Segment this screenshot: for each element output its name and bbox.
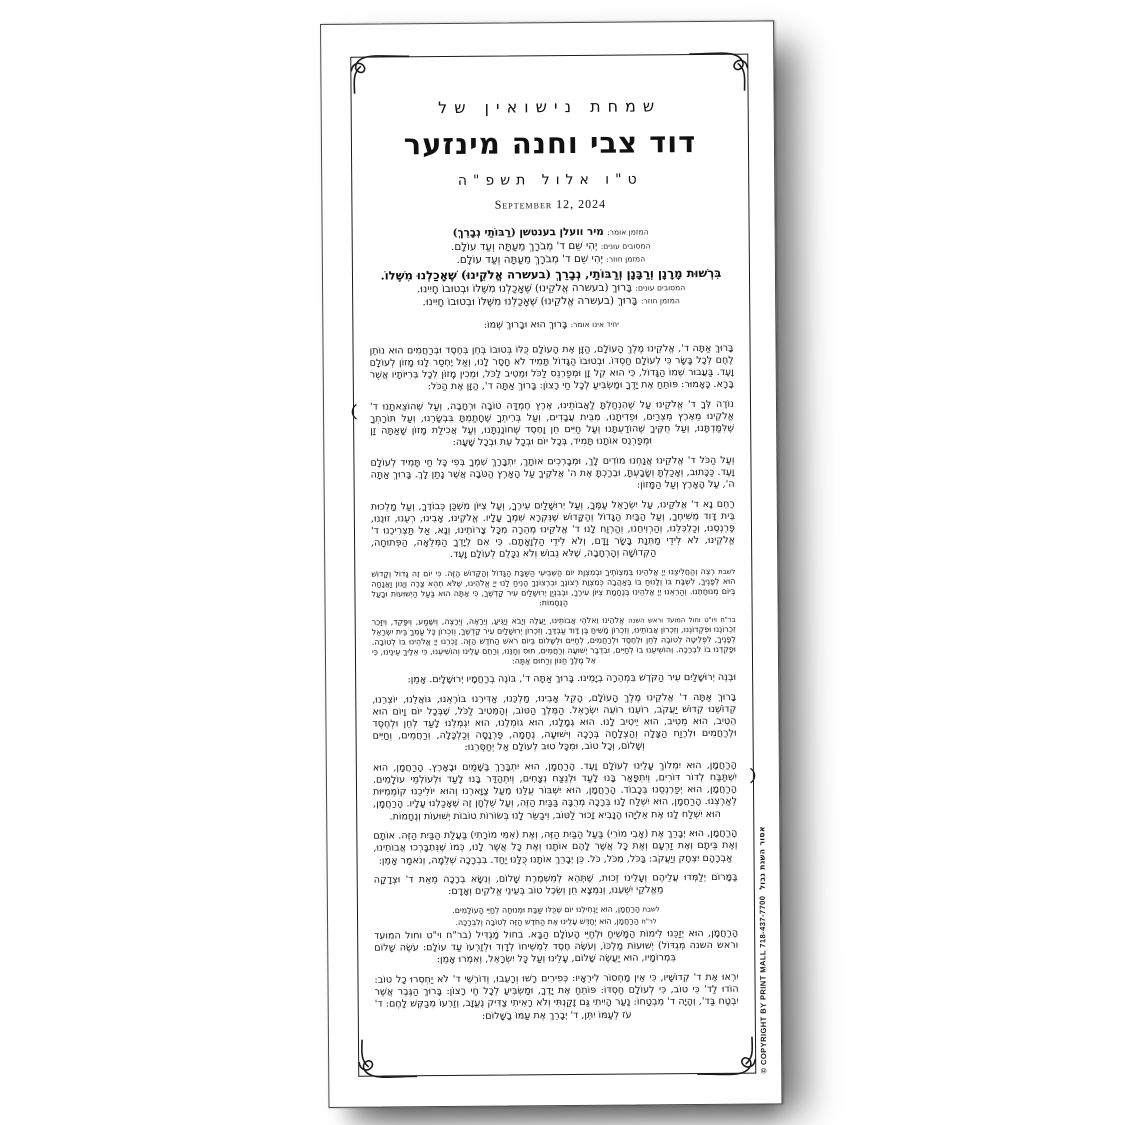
paragraph-text: בָּרוּךְ אַתָּה ד', אֱלֹקֵינוּ מֶלֶךְ הָ… <box>370 342 734 392</box>
occasion-title: שמחת נישואין של <box>368 96 732 118</box>
zimun-section: המזמן אומר: מיר וועלן בענטשן (רַבּוֹתַי … <box>369 225 734 333</box>
shabbat-insert-paragraph: לשבת רְצֵה וְהַחֲלִיצֵנוּ יְיָ אֱלֹהֵינו… <box>371 567 735 610</box>
bencher-card: שמחת נישואין של דוד צבי וחנה מינזער ט"ו … <box>320 20 782 1108</box>
paragraph-text: רַחֵם נָא ד' אֱלֹקֵינוּ, עַל יִשְׂרָאֵל … <box>371 499 735 561</box>
occasion-label: בר"ח ויו"ט וחול המועד וראש השנה <box>628 615 736 624</box>
zimun-line: המזמן חוזר: בָּרוּךְ (בעשרה אֱלֹקֵינוּ) … <box>369 294 733 310</box>
blessing-paragraph: רַחֵם נָא ד' אֱלֹקֵינוּ, עַל יִשְׂרָאֵל … <box>371 499 735 563</box>
hebrew-date: ט"ו אלול תשפ"ה <box>368 171 732 190</box>
speaker-label: המסובים עונים: <box>601 241 651 250</box>
paragraph-text: הָרַחֲמָן, הוּא יְחַדֵּשׁ עָלֵינוּ אֶת ה… <box>455 917 639 927</box>
paragraph-text: הָרַחֲמָן, הוּא יִמְלוֹךְ עָלֵינוּ לְעוֹ… <box>373 760 737 822</box>
blessing-paragraph: וְעַל הַכֹּל ד' אֱלֹקֵינוּ אֲנַחְנוּ מוֹ… <box>370 455 734 494</box>
paragraph-text: הָרַחֲמָן, הוּא יְבָרֵךְ אֶת (אָבִי מוֹר… <box>373 828 737 866</box>
harachaman-paragraph: הָרַחֲמָן, הוּא יִמְלוֹךְ עָלֵינוּ לְעוֹ… <box>373 760 737 824</box>
speaker-label: המזמן חוזר: <box>606 255 645 264</box>
paragraph-text: הָרַחֲמָן, הוּא יַנְחִילֵנוּ יוֹם שֶׁכֻּ… <box>452 905 640 915</box>
edge-flourish-icon <box>748 767 758 783</box>
magdil-paragraph: הָרַחֲמָן, הוּא יְזַכֵּנוּ לִימוֹת הַמָּ… <box>374 928 738 967</box>
individual-line-wrap: יחיד אינו אומר: בָּרוּךְ הוּא וּבָרוּךְ … <box>369 317 733 333</box>
zimun-text: מיר וועלן בענטשן (רַבּוֹתַי נְבָרֵךְ) <box>453 226 604 239</box>
copyright-hebrew: אסור השגת גבול <box>757 826 766 890</box>
zimun-text: בָּרוּךְ הוּא וּבָרוּךְ שְׁמוֹ: <box>484 319 568 331</box>
paragraph-text: הָרַחֲמָן, הוּא יְזַכֵּנוּ לִימוֹת הַמָּ… <box>374 928 738 966</box>
paragraph-text: רְצֵה וְהַחֲלִיצֵנוּ יְיָ אֱלֹהֵינוּ בְּ… <box>371 567 735 607</box>
zimun-text: יְהִי שֵׁם ד' מְבֹרָךְ מֵעַתָּה וְעַד עו… <box>451 239 597 252</box>
edge-flourish-icon <box>349 404 359 420</box>
zimun-text: בָּרוּךְ (בעשרה אֱלֹקֵינוּ) שֶׁאָכַלְנוּ… <box>422 295 637 309</box>
blessing-paragraph: נוֹדֶה לְּךָ ד' אֱלֹקֵינוּ עַל שֶׁהִנְחַ… <box>370 398 734 449</box>
yaaleh-veyavo-paragraph: בר"ח ויו"ט וחול המועד וראש השנה אֱלֹהֵינ… <box>372 614 736 667</box>
paragraph-text: נוֹדֶה לְּךָ ד' אֱלֹקֵינוּ עַל שֶׁהִנְחַ… <box>370 398 734 448</box>
blessing-paragraph: בָּרוּךְ אַתָּה ד' אֱלֹקֵינוּ מֶלֶךְ הָע… <box>372 691 736 755</box>
closing-verses-paragraph: יִרְאוּ אֶת ד' קְדוֹשָׁיו, כִּי אֵין מַח… <box>374 972 738 1023</box>
blessing-paragraph: וּבְנֵה יְרוּשָׁלַיִם עִיר הַקֹּדֶשׁ בִּ… <box>372 672 736 687</box>
card-content: שמחת נישואין של דוד צבי וחנה מינזער ט"ו … <box>367 70 739 1067</box>
zimun-text: יְהִי שֵׁם ד' מְבֹרָךְ מֵעַתָּה וְעַד עו… <box>456 253 602 266</box>
couple-names: דוד צבי וחנה מינזער <box>368 125 732 162</box>
paragraph-text: בַּמָּרוֹם יְלַמְּדוּ עֲלֵיהֶם וְעָלֵינו… <box>374 872 738 897</box>
birkat-hamazon-body: בָּרוּךְ אַתָּה ד', אֱלֹקֵינוּ מֶלֶךְ הָ… <box>370 342 739 1023</box>
occasion-label: לשבת <box>643 905 660 913</box>
speaker-label: המסובים עונים: <box>635 283 685 292</box>
harachaman-paragraph: הָרַחֲמָן, הוּא יְבָרֵךְ אֶת (אָבִי מוֹר… <box>373 828 737 867</box>
english-date: September 12, 2024 <box>368 196 732 214</box>
paragraph-text: יִרְאוּ אֶת ד' קְדוֹשָׁיו, כִּי אֵין מַח… <box>374 972 738 1021</box>
rosh-chodesh-harachaman-line: לר"ח הָרַחֲמָן, הוּא יְחַדֵּשׁ עָלֵינוּ … <box>374 916 738 929</box>
occasion-label: לשבת <box>718 568 735 576</box>
paragraph-text: וְעַל הַכֹּל ד' אֱלֹקֵינוּ אֲנַחְנוּ מוֹ… <box>370 455 734 491</box>
speaker-label: המזמן חוזר: <box>641 297 680 306</box>
zimun-text: בִּרְשׁוּת מָרָנָן וְרַבָּנָן וְרַבּוֹתַ… <box>381 266 722 283</box>
zimun-text: בָּרוּךְ (בעשרה אֱלֹקֵינוּ) שֶׁאָכַלְנוּ… <box>417 281 632 295</box>
speaker-label: המזמן אומר: <box>607 227 649 236</box>
paragraph-text: בָּרוּךְ אַתָּה ד' אֱלֹקֵינוּ מֶלֶךְ הָע… <box>372 691 736 753</box>
shabbat-harachaman-line: לשבת הָרַחֲמָן, הוּא יַנְחִילֵנוּ יוֹם ש… <box>374 904 738 917</box>
occasion-label: לר"ח <box>641 917 656 925</box>
header: שמחת נישואין של דוד צבי וחנה מינזער ט"ו … <box>368 96 733 214</box>
copyright-english: © COPYRIGHT BY PRINT MALL 718-437-7700 <box>758 896 768 1074</box>
speaker-label: יחיד אינו אומר: <box>571 320 619 329</box>
blessing-paragraph: בָּרוּךְ אַתָּה ד', אֱלֹקֵינוּ מֶלֶךְ הָ… <box>370 342 734 393</box>
copyright-text: © COPYRIGHT BY PRINT MALL 718-437-7700אס… <box>757 824 768 1074</box>
zimun-line: יחיד אינו אומר: בָּרוּךְ הוּא וּבָרוּךְ … <box>369 317 733 333</box>
paragraph-text: וּבְנֵה יְרוּשָׁלַיִם עִיר הַקֹּדֶשׁ בִּ… <box>407 672 736 686</box>
screenshot-background: שמחת נישואין של דוד צבי וחנה מינזער ט"ו … <box>0 0 1125 1125</box>
bamarom-paragraph: בַּמָּרוֹם יְלַמְּדוּ עֲלֵיהֶם וְעָלֵינו… <box>374 872 738 899</box>
